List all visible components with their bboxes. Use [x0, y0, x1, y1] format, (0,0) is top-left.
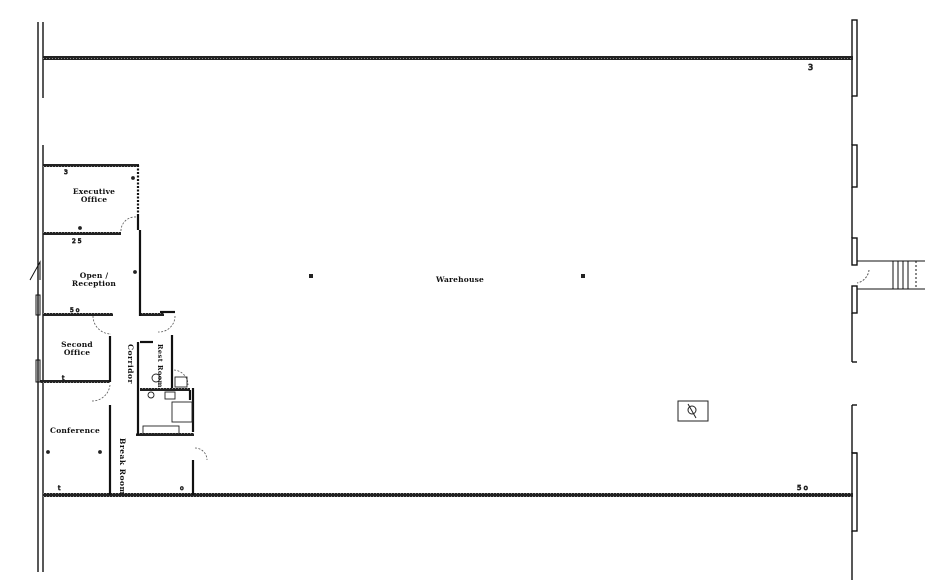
top-wall [43, 56, 853, 60]
floor-plan: 3 5 o 3 2 5 5 o t t o [0, 0, 951, 588]
room-label-open-reception: Open / Reception [64, 272, 124, 288]
svg-text:t: t [58, 485, 61, 492]
room-label-warehouse: Warehouse [425, 276, 495, 284]
room-label-corridor: Corridor [126, 344, 135, 384]
svg-text:3: 3 [64, 169, 68, 176]
column-marker [309, 274, 313, 278]
room-label-conference: Conference [44, 427, 106, 435]
column-marker [581, 274, 585, 278]
room-label-rest-room: Rest Room [156, 344, 164, 388]
water-heater-icon [678, 401, 708, 421]
exterior-stair [857, 261, 925, 289]
svg-text:o: o [180, 485, 184, 492]
svg-text:5 o: 5 o [797, 484, 808, 492]
restroom-fixtures [143, 374, 192, 434]
bottom-wall [43, 493, 853, 497]
svg-text:5 o: 5 o [70, 307, 80, 314]
svg-text:2 5: 2 5 [72, 238, 82, 245]
svg-text:3: 3 [808, 63, 813, 72]
room-label-break-room: Break Room [118, 438, 127, 495]
room-label-second-office: Second Office [47, 341, 107, 357]
room-label-executive-office: Executive Office [64, 188, 124, 204]
office-walls [40, 164, 194, 436]
